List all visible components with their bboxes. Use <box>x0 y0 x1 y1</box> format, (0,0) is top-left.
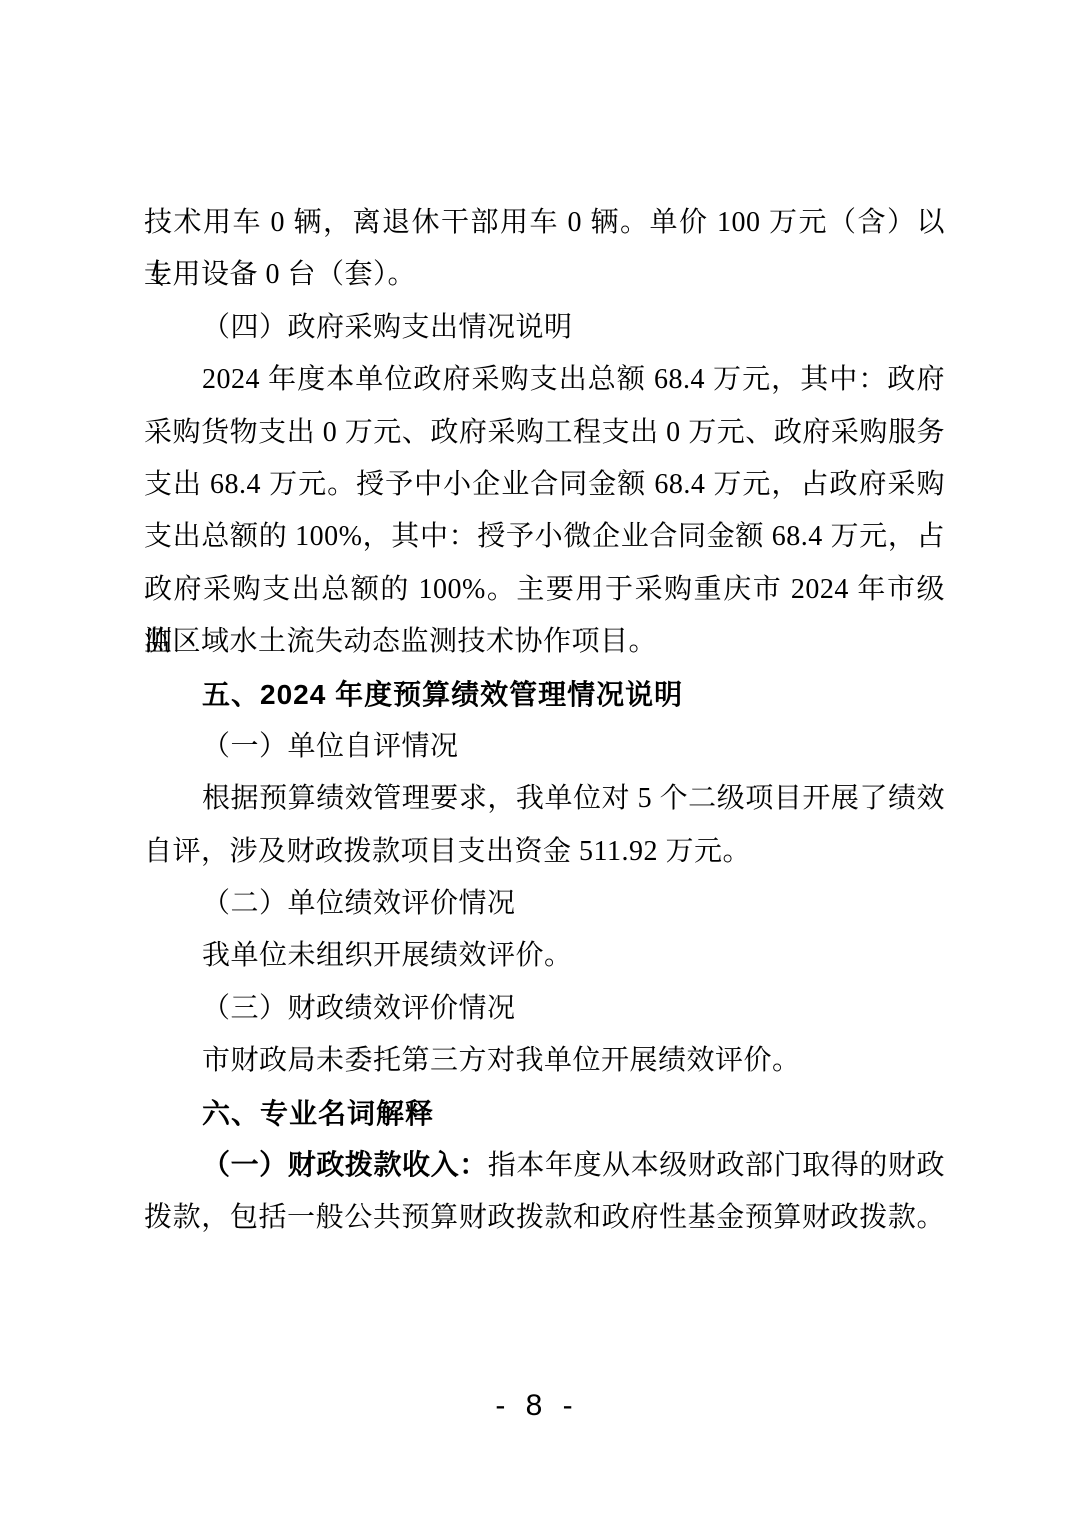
text-run: 指本年度从本级财政部门取得的财政 <box>488 1150 945 1181</box>
sub-heading: （一）财政拨款收入：指本年度从本级财政部门取得的财政 <box>144 1140 945 1192</box>
text-run: （四）政府采购支出情况说明 <box>202 312 573 343</box>
sub-heading: （四）政府采购支出情况说明 <box>144 302 945 354</box>
text-line: 根据预算绩效管理要求，我单位对 5 个二级项目开展了绩效 <box>144 773 945 825</box>
text-run: 拨款，包括一般公共预算财政拨款和政府性基金预算财政拨款。 <box>144 1202 945 1233</box>
text-run: 六、专业名词解释 <box>202 1098 434 1129</box>
text-run: 市财政局未委托第三方对我单位开展绩效评价。 <box>202 1045 801 1076</box>
text-line: 市财政局未委托第三方对我单位开展绩效评价。 <box>144 1035 945 1087</box>
text-run: 根据预算绩效管理要求，我单位对 5 个二级项目开展了绩效 <box>202 783 945 814</box>
text-line: 我单位未组织开展绩效评价。 <box>144 930 945 982</box>
text-run: 2024 年度本单位政府采购支出总额 68.4 万元，其中：政府 <box>202 364 945 395</box>
text-run: 自评，涉及财政拨款项目支出资金 511.92 万元。 <box>144 836 751 867</box>
text-line: 测区域水土流失动态监测技术协作项目。 <box>144 616 945 668</box>
text-block: 技术用车 0 辆，离退休干部用车 0 辆。单价 100 万元（含）以上专用设备 … <box>144 197 945 1245</box>
sub-heading: （二）单位绩效评价情况 <box>144 878 945 930</box>
text-run: 专用设备 0 台（套）。 <box>144 259 416 290</box>
text-line: 支出 68.4 万元。授予中小企业合同金额 68.4 万元，占政府采购 <box>144 459 945 511</box>
text-run: 采购货物支出 0 万元、政府采购工程支出 0 万元、政府采购服务 <box>144 417 945 448</box>
section-heading: 五、2024 年度预算绩效管理情况说明 <box>144 669 945 721</box>
text-line: 采购货物支出 0 万元、政府采购工程支出 0 万元、政府采购服务 <box>144 407 945 459</box>
text-run: 支出 68.4 万元。授予中小企业合同金额 68.4 万元，占政府采购 <box>144 469 945 500</box>
sub-heading: （三）财政绩效评价情况 <box>144 983 945 1035</box>
text-line: 自评，涉及财政拨款项目支出资金 511.92 万元。 <box>144 826 945 878</box>
text-run: 我单位未组织开展绩效评价。 <box>202 940 573 971</box>
sub-heading: （一）单位自评情况 <box>144 721 945 773</box>
text-line: 技术用车 0 辆，离退休干部用车 0 辆。单价 100 万元（含）以上 <box>144 197 945 249</box>
text-line: 专用设备 0 台（套）。 <box>144 249 945 301</box>
text-run: 测区域水土流失动态监测技术协作项目。 <box>144 626 657 657</box>
section-heading: 六、专业名词解释 <box>144 1088 945 1140</box>
text-run: （三）财政绩效评价情况 <box>202 993 516 1024</box>
text-run: 五、2024 年度预算绩效管理情况说明 <box>202 679 683 710</box>
text-line: 拨款，包括一般公共预算财政拨款和政府性基金预算财政拨款。 <box>144 1192 945 1244</box>
text-run: （一）单位自评情况 <box>202 731 459 762</box>
document-page: { "page": { "background_color": "#ffffff… <box>0 0 1074 1520</box>
text-line: 政府采购支出总额的 100%。主要用于采购重庆市 2024 年市级监 <box>144 564 945 616</box>
text-line: 支出总额的 100%，其中：授予小微企业合同金额 68.4 万元，占 <box>144 511 945 563</box>
text-run: （二）单位绩效评价情况 <box>202 888 516 919</box>
page-number: - 8 - <box>0 1386 1074 1426</box>
text-line: 2024 年度本单位政府采购支出总额 68.4 万元，其中：政府 <box>144 354 945 406</box>
text-run: （一）财政拨款收入： <box>202 1150 488 1181</box>
text-run: 支出总额的 100%，其中：授予小微企业合同金额 68.4 万元，占 <box>144 521 945 552</box>
